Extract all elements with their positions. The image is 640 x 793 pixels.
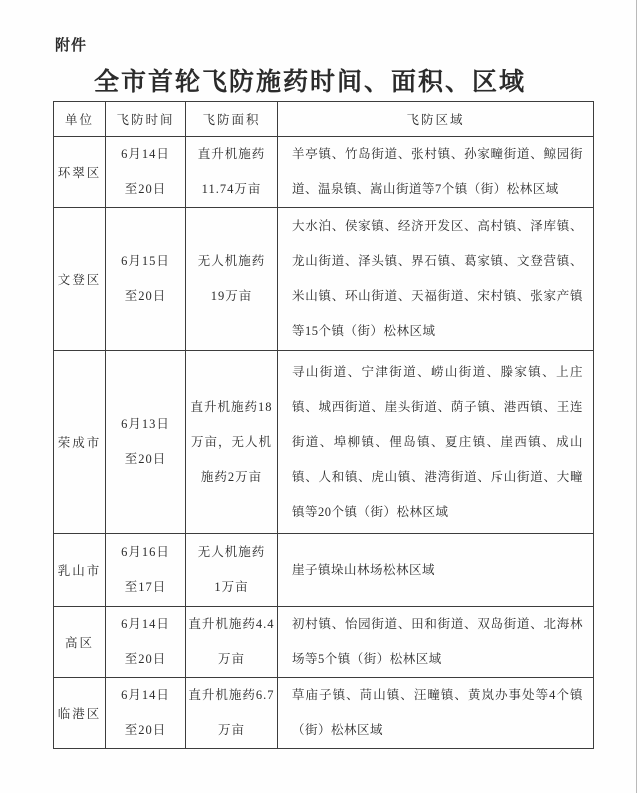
table-row: 临港区6月14日至20日直升机施药6.7万亩草庙子镇、苘山镇、汪疃镇、黄岚办事处… (54, 678, 594, 749)
region-text: 羊亭镇、竹岛街道、张村镇、孙家疃街道、鲸园街道、温泉镇、嵩山街道等7个镇（街）松… (292, 137, 583, 207)
area-line: 直升机施药6.7 (186, 678, 277, 713)
region-text: 大水泊、侯家镇、经济开发区、高村镇、泽库镇、龙山街道、泽头镇、界石镇、葛家镇、文… (292, 209, 583, 349)
unit-label: 荣成市 (54, 433, 105, 451)
time-cell: 6月14日至20日 (106, 137, 186, 208)
area-cell: 直升机施药11.74万亩 (186, 137, 278, 208)
region-cell: 崖子镇垛山林场松林区域 (278, 534, 594, 607)
unit-label: 环翠区 (54, 163, 105, 181)
time-line: 至20日 (106, 172, 185, 207)
unit-label: 文登区 (54, 270, 105, 288)
area-line: 直升机施药18 (186, 390, 277, 425)
table-row: 荣成市6月13日至20日直升机施药18万亩，无人机施药2万亩寻山街道、宁津街道、… (54, 351, 594, 534)
header-time: 飞防时间 (106, 102, 186, 137)
time-line: 6月14日 (106, 607, 185, 642)
unit-label: 乳山市 (54, 561, 105, 579)
unit-cell: 临港区 (54, 678, 106, 749)
time-cell: 6月14日至20日 (106, 607, 186, 678)
area-cell: 无人机施药1万亩 (186, 534, 278, 607)
area-cell: 直升机施药6.7万亩 (186, 678, 278, 749)
document-page: 附件 全市首轮飞防施药时间、面积、区域 单位 飞防时间 飞防面积 飞防区域 环翠… (0, 0, 640, 793)
table-header-row: 单位 飞防时间 飞防面积 飞防区域 (54, 102, 594, 137)
header-unit: 单位 (54, 102, 106, 137)
region-cell: 羊亭镇、竹岛街道、张村镇、孙家疃街道、鲸园街道、温泉镇、嵩山街道等7个镇（街）松… (278, 137, 594, 208)
region-cell: 初村镇、怡园街道、田和街道、双岛街道、北海林场等5个镇（街）松林区域 (278, 607, 594, 678)
area-line: 无人机施药 (186, 244, 277, 279)
region-text: 崖子镇垛山林场松林区域 (292, 553, 583, 588)
area-line: 施药2万亩 (186, 460, 277, 495)
time-line: 至20日 (106, 713, 185, 748)
unit-cell: 文登区 (54, 208, 106, 351)
area-line: 直升机施药4.4 (186, 607, 277, 642)
time-line: 6月15日 (106, 244, 185, 279)
time-line: 至17日 (106, 570, 185, 605)
header-region: 飞防区域 (278, 102, 594, 137)
area-line: 1万亩 (186, 570, 277, 605)
unit-cell: 高区 (54, 607, 106, 678)
spray-schedule-table: 单位 飞防时间 飞防面积 飞防区域 环翠区6月14日至20日直升机施药11.74… (53, 101, 594, 749)
time-cell: 6月14日至20日 (106, 678, 186, 749)
unit-cell: 荣成市 (54, 351, 106, 534)
region-text: 初村镇、怡园街道、田和街道、双岛街道、北海林场等5个镇（街）松林区域 (292, 607, 583, 677)
area-line: 万亩 (186, 642, 277, 677)
region-cell: 寻山街道、宁津街道、崂山街道、滕家镇、上庄镇、城西街道、崖头街道、荫子镇、港西镇… (278, 351, 594, 534)
unit-cell: 乳山市 (54, 534, 106, 607)
time-line: 6月14日 (106, 137, 185, 172)
table-row: 文登区6月15日至20日无人机施药19万亩大水泊、侯家镇、经济开发区、高村镇、泽… (54, 208, 594, 351)
time-line: 6月14日 (106, 678, 185, 713)
header-area: 飞防面积 (186, 102, 278, 137)
time-cell: 6月15日至20日 (106, 208, 186, 351)
region-cell: 草庙子镇、苘山镇、汪疃镇、黄岚办事处等4个镇（街）松林区域 (278, 678, 594, 749)
area-line: 无人机施药 (186, 535, 277, 570)
area-line: 直升机施药 (186, 137, 277, 172)
document-title: 全市首轮飞防施药时间、面积、区域 (0, 62, 620, 98)
time-line: 6月13日 (106, 407, 185, 442)
table-row: 乳山市6月16日至17日无人机施药1万亩崖子镇垛山林场松林区域 (54, 534, 594, 607)
scan-edge-line (636, 0, 637, 793)
time-cell: 6月13日至20日 (106, 351, 186, 534)
unit-cell: 环翠区 (54, 137, 106, 208)
unit-label: 高区 (54, 633, 105, 651)
time-line: 至20日 (106, 442, 185, 477)
table-body: 环翠区6月14日至20日直升机施药11.74万亩羊亭镇、竹岛街道、张村镇、孙家疃… (54, 137, 594, 749)
region-text: 草庙子镇、苘山镇、汪疃镇、黄岚办事处等4个镇（街）松林区域 (292, 678, 583, 748)
table-row: 高区6月14日至20日直升机施药4.4万亩初村镇、怡园街道、田和街道、双岛街道、… (54, 607, 594, 678)
attachment-label: 附件 (55, 34, 87, 55)
area-line: 19万亩 (186, 279, 277, 314)
time-line: 至20日 (106, 279, 185, 314)
area-cell: 直升机施药4.4万亩 (186, 607, 278, 678)
area-line: 万亩 (186, 713, 277, 748)
region-cell: 大水泊、侯家镇、经济开发区、高村镇、泽库镇、龙山街道、泽头镇、界石镇、葛家镇、文… (278, 208, 594, 351)
area-cell: 无人机施药19万亩 (186, 208, 278, 351)
unit-label: 临港区 (54, 704, 105, 722)
time-line: 6月16日 (106, 535, 185, 570)
area-line: 万亩，无人机 (186, 425, 277, 460)
region-text: 寻山街道、宁津街道、崂山街道、滕家镇、上庄镇、城西街道、崖头街道、荫子镇、港西镇… (292, 355, 583, 530)
area-cell: 直升机施药18万亩，无人机施药2万亩 (186, 351, 278, 534)
time-cell: 6月16日至17日 (106, 534, 186, 607)
area-line: 11.74万亩 (186, 172, 277, 207)
time-line: 至20日 (106, 642, 185, 677)
table-row: 环翠区6月14日至20日直升机施药11.74万亩羊亭镇、竹岛街道、张村镇、孙家疃… (54, 137, 594, 208)
